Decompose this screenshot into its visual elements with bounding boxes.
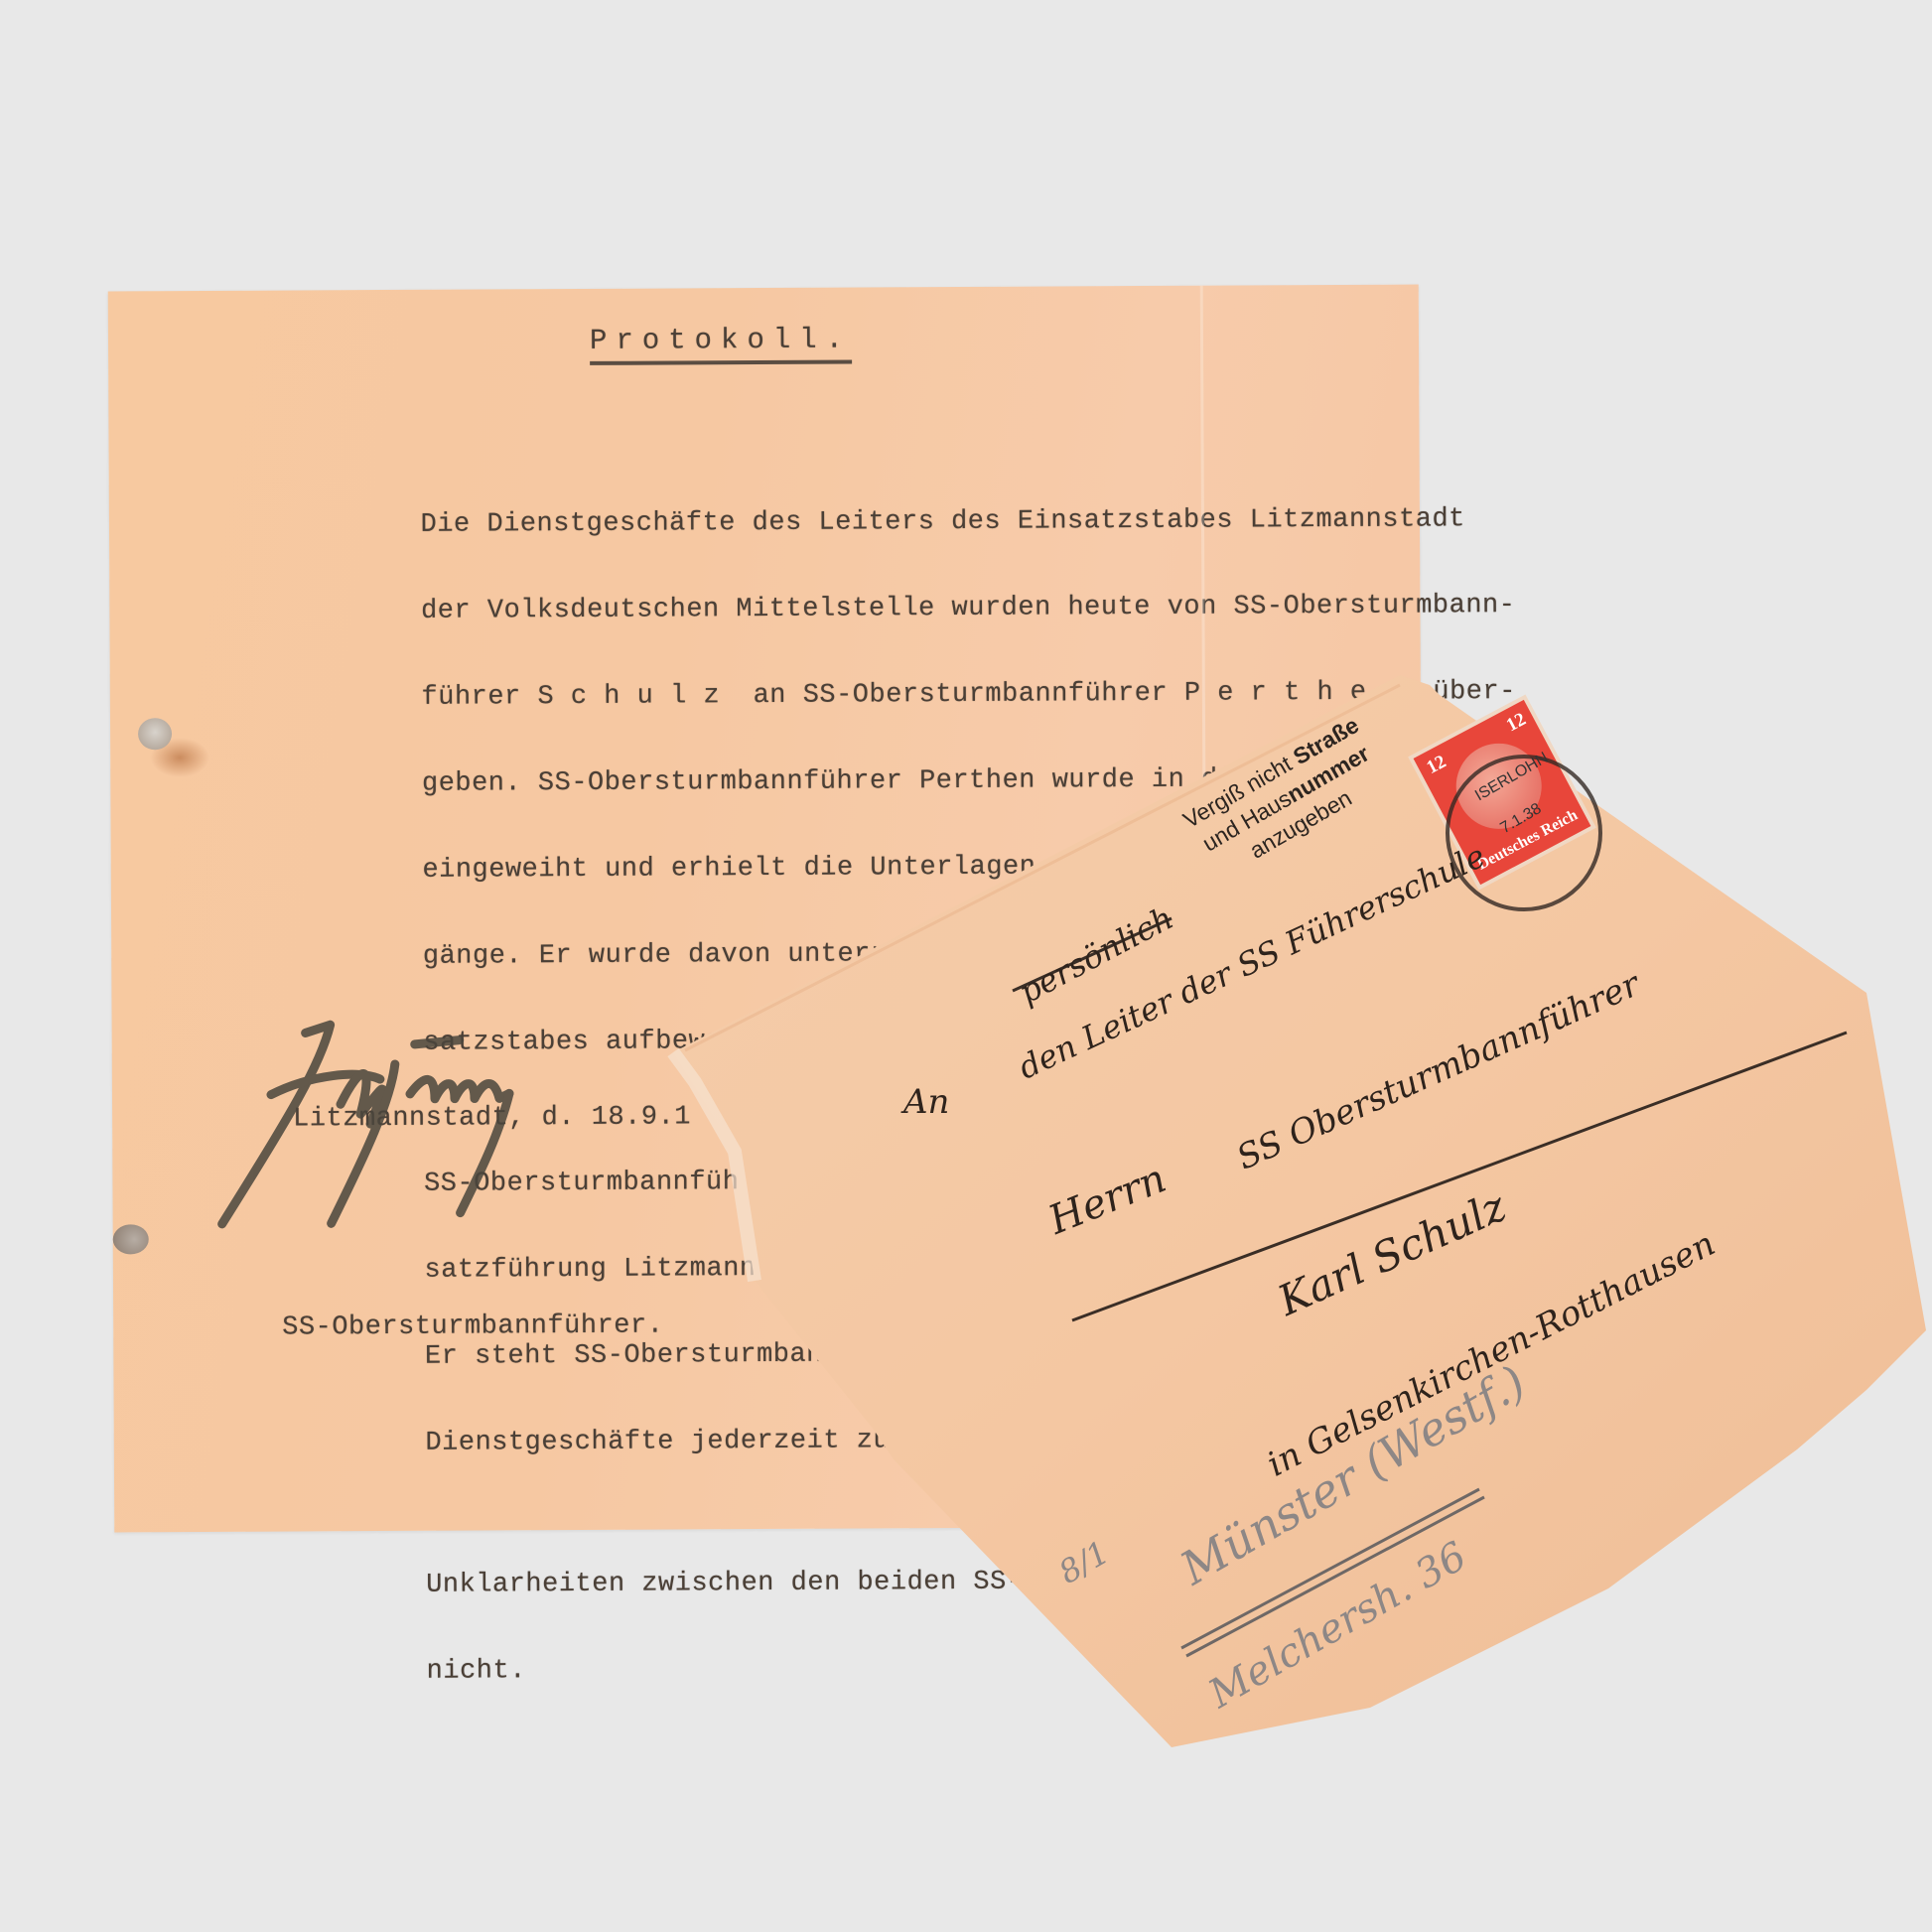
envelope: [0, 0, 1932, 1932]
address-to: An: [903, 1082, 949, 1122]
postmark: ISERLOHN 7.1.38: [1446, 755, 1602, 911]
photo-scene: Protokoll. Die Dienstgeschäfte des Leite…: [0, 0, 1932, 1932]
